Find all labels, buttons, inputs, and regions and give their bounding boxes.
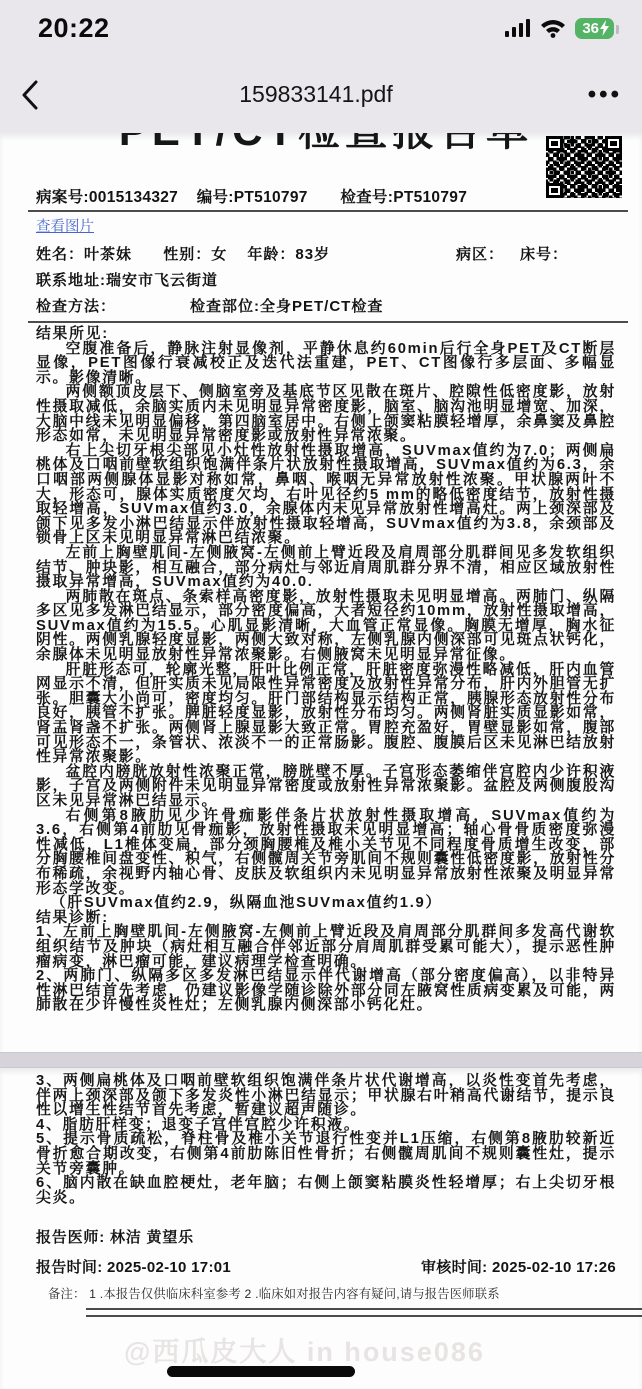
report-time-label: 报告时间: <box>36 1259 103 1276</box>
report-times-row: 报告时间: 2025-02-10 17:01 审核时间: 2025-02-10 … <box>36 1256 616 1277</box>
pdf-page-2: 3、两侧扁桃体及口咽前壁软组织饱满伴条片状代谢增高，以炎性变首先考虑，伴两上颈深… <box>0 1068 642 1389</box>
address-value: 瑞安市飞云街道 <box>106 272 218 289</box>
report-time-value: 2025-02-10 17:01 <box>107 1259 231 1276</box>
wifi-icon <box>540 18 566 38</box>
case-number-label: 病案号: <box>36 189 89 206</box>
findings-paragraph: 两侧额顶皮层下、侧脑室旁及基底节区见散在斑片、腔隙性低密度影，放射性摄取减低，余… <box>36 385 616 443</box>
serial-number-label: 编号: <box>197 189 234 206</box>
nav-bar: 159833141.pdf ••• <box>0 56 642 133</box>
double-divider <box>86 1308 642 1317</box>
battery-percent-label: 36 <box>582 20 599 37</box>
qr-code-icon <box>546 136 622 198</box>
review-time-label: 审核时间: <box>421 1259 488 1276</box>
pdf-page-1: PET/CT检查报告单 病案号:0015134327 编号:PT510797 检… <box>0 133 642 1052</box>
findings-paragraph: 两肺散在斑点、条索样高密度影，放射性摄取未见明显增高。两肺门、纵隔多区见多发淋巴… <box>36 590 616 663</box>
report-doctor-row: 报告医师: 林洁 黄望乐 <box>36 1226 616 1247</box>
case-number-value: 0015134327 <box>89 189 178 206</box>
findings-paragraph: 盆腔内膀胱放射性浓聚正常，膀胱壁不厚。子宫形态萎缩伴宫腔内少许积液影，子宫及两侧… <box>36 765 616 809</box>
address-label: 联系地址: <box>36 272 106 289</box>
diagnosis-item: 1、左前上胸壁肌间-左侧腋窝-左侧前上臂近段及肩周部分肌群间多发高代谢软组织结节… <box>36 925 616 969</box>
findings-paragraph: 右上尖切牙根尖部见小灶性放射性摄取增高，SUVmax值约为7.0；两侧扁桃体及口… <box>36 444 616 546</box>
report-title: PET/CT检查报告单 <box>119 133 533 152</box>
age-label: 年龄： <box>247 246 295 263</box>
method-label: 检查方法： <box>36 298 116 315</box>
divider <box>28 210 628 212</box>
name-value: 叶茶妹 <box>84 246 132 263</box>
clock-label: 20:22 <box>38 13 110 44</box>
status-bar: 20:22 36 <box>0 0 642 56</box>
page-gap <box>0 1052 642 1068</box>
record-number-row: 病案号:0015134327 编号:PT510797 检查号:PT510797 <box>36 185 616 207</box>
ellipsis-icon: ••• <box>588 81 622 109</box>
findings-section: 结果所见: 空腹准备后，静脉注射显像剂，平静休息约60min后行全身PET及CT… <box>36 327 616 1013</box>
exam-method-row: 检查方法： 检查部位:全身PET/CT检查 <box>36 295 616 314</box>
report-note: 备注： 1 .本报告仅供临床科室参考 2 .临床如对报告内容有疑问,请与报告医师… <box>36 1284 616 1302</box>
doctor-names: 林洁 黄望乐 <box>110 1229 194 1246</box>
suv-reference-line: （肝SUVmax值约2.9，纵隔血池SUVmax值约1.9） <box>36 896 616 911</box>
findings-paragraph: 空腹准备后，静脉注射显像剂，平静休息约60min后行全身PET及CT断层显像，P… <box>36 342 616 386</box>
more-options-button[interactable]: ••• <box>568 73 622 117</box>
patient-info-row: 姓名：叶茶妹 性别：女 年龄：83岁 病区： 床号： <box>36 243 616 262</box>
diagnosis-item: 6、脑内散在缺血腔梗灶，老年脑；右侧上颌窦粘膜炎性轻增厚；右上尖切牙根尖炎。 <box>36 1176 616 1205</box>
back-button[interactable] <box>20 73 64 117</box>
serial-number-value: PT510797 <box>234 189 308 206</box>
ward-label: 病区： <box>456 243 504 264</box>
site-value: 全身PET/CT检查 <box>260 298 383 315</box>
battery-indicator: 36 <box>575 18 614 39</box>
divider <box>28 321 628 323</box>
diagnosis-item: 5、提示骨质疏松，脊柱骨及椎小关节退行性变并L1压缩，右侧第8腋肋较新近骨折愈合… <box>36 1132 616 1176</box>
bed-label: 床号： <box>520 243 568 264</box>
doctor-label: 报告医师: <box>36 1229 105 1246</box>
report-title-clipped: PET/CT检查报告单 <box>36 133 616 154</box>
diagnosis-continued-section: 3、两侧扁桃体及口咽前壁软组织饱满伴条片状代谢增高，以炎性变首先考虑，伴两上颈深… <box>36 1074 616 1205</box>
review-time-value: 2025-02-10 17:26 <box>492 1259 616 1276</box>
chevron-left-icon <box>20 79 40 111</box>
view-images-link[interactable]: 查看图片 <box>36 215 94 236</box>
exam-number-label: 检查号: <box>340 189 393 206</box>
document-filename: 159833141.pdf <box>64 81 568 108</box>
diagnosis-item: 3、两侧扁桃体及口咽前壁软组织饱满伴条片状代谢增高，以炎性变首先考虑，伴两上颈深… <box>36 1074 616 1118</box>
charging-bolt-icon <box>600 20 609 36</box>
status-icons: 36 <box>505 18 614 39</box>
findings-paragraph: 肝脏形态可，轮廓光整，肝叶比例正常，肝脏密度弥漫性略减低，肝内血管网显示不清，但… <box>36 663 616 765</box>
address-row: 联系地址:瑞安市飞云街道 <box>36 269 616 288</box>
gender-label: 性别： <box>163 246 211 263</box>
age-value: 83岁 <box>295 246 330 263</box>
signal-icon <box>505 18 531 38</box>
findings-paragraph: 右侧第8腋肋见少许骨痂影伴条片状放射性摄取增高，SUVmax值约为3.6，右侧第… <box>36 809 616 897</box>
site-label: 检查部位: <box>190 298 260 315</box>
home-indicator[interactable] <box>167 1366 355 1377</box>
gender-value: 女 <box>211 246 227 263</box>
exam-number-value: PT510797 <box>393 189 467 206</box>
name-label: 姓名： <box>36 246 84 263</box>
findings-paragraph: 左前上胸壁肌间-左侧腋窝-左侧前上臂近段及肩周部分肌群间见多发软组织结节、肿块影… <box>36 546 616 590</box>
diagnosis-item: 2、两肺门、纵隔多区多发淋巴结显示伴代谢增高（部分密度偏高），以非特异性淋巴结首… <box>36 969 616 1013</box>
findings-heading: 结果所见: <box>36 327 616 342</box>
